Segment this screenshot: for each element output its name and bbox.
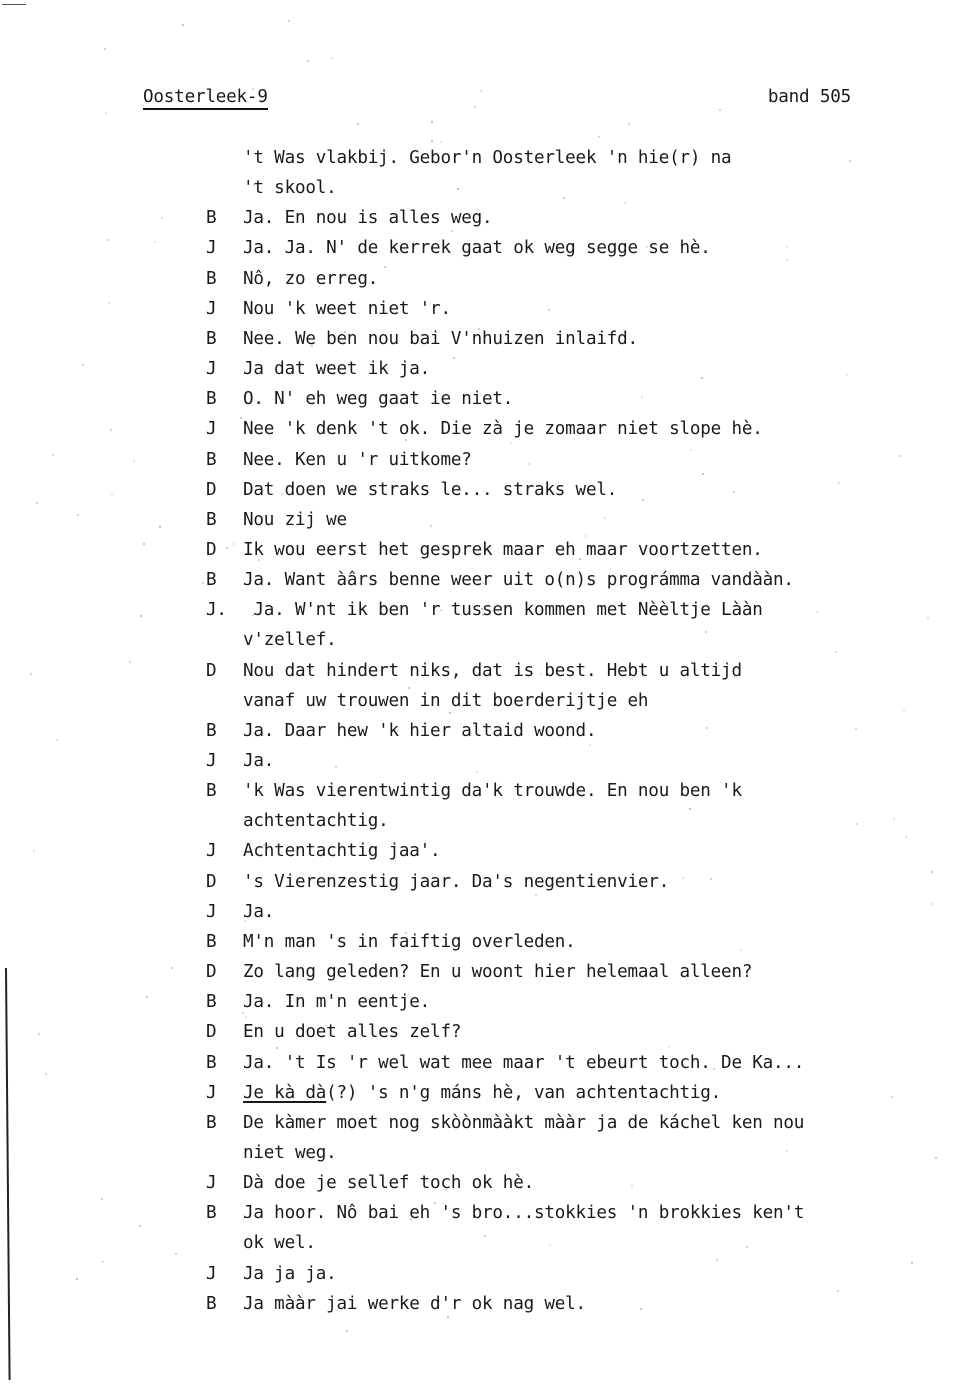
speck xyxy=(585,535,587,537)
utterance-text: 't skool. xyxy=(243,173,337,203)
speck xyxy=(440,609,442,611)
speck xyxy=(650,968,652,970)
speck xyxy=(102,1261,104,1263)
page-header: Oosterleek-9 band 505 xyxy=(143,86,851,110)
speaker-label: D xyxy=(206,957,236,987)
speck xyxy=(105,112,107,114)
utterance-text: Ja. En nou is alles weg. xyxy=(243,203,492,233)
speaker-label: J xyxy=(206,1168,236,1198)
speck xyxy=(430,525,432,527)
speck xyxy=(849,160,851,162)
speck xyxy=(52,454,54,456)
speck xyxy=(110,429,112,431)
speck xyxy=(749,968,751,970)
speck xyxy=(405,439,407,441)
utterance-text: Nou zij we xyxy=(243,505,347,535)
speck xyxy=(453,357,455,359)
speck xyxy=(146,996,148,998)
speck xyxy=(540,673,542,675)
speck xyxy=(579,558,581,560)
utterance-text: Ja. Daar hew 'k hier altaid woond. xyxy=(243,716,596,746)
speck xyxy=(693,158,695,160)
speaker-label: B xyxy=(206,203,236,233)
speck xyxy=(139,1225,141,1227)
speaker-label: B xyxy=(206,776,236,806)
utterance-text: Ja. 't Is 'r wel wat mee maar 't ebeurt … xyxy=(243,1048,804,1078)
utterance-text: Nee. We ben nou bai V'nhuizen inlaifd. xyxy=(243,324,638,354)
speck xyxy=(903,709,905,711)
speck xyxy=(410,1218,412,1220)
speck xyxy=(107,239,109,241)
speck xyxy=(38,1033,40,1035)
utterance-text: M'n man 's in faiftig overleden. xyxy=(243,927,576,957)
speck xyxy=(56,739,58,741)
speck xyxy=(307,60,309,62)
speaker-label: J xyxy=(206,1078,236,1108)
speck xyxy=(668,1046,670,1048)
speaker-label: B xyxy=(206,324,236,354)
speck xyxy=(431,121,433,123)
speck xyxy=(312,845,314,847)
utterance-text: vanaf uw trouwen in dit boerderijtje eh xyxy=(243,686,648,716)
utterance-text: 'k Was vierentwintig da'k trouwde. En no… xyxy=(243,776,742,806)
speck xyxy=(258,559,260,561)
speck xyxy=(404,401,406,403)
speck xyxy=(252,88,254,90)
speck xyxy=(143,543,145,545)
speck xyxy=(242,1012,244,1014)
speck xyxy=(640,1308,642,1310)
utterance-text: 's Vierenzestig jaar. Da's negentienvier… xyxy=(243,867,669,897)
speck xyxy=(710,878,712,880)
speck xyxy=(642,499,644,501)
utterance-text: Ja. Want àârs benne weer uit o(n)s progr… xyxy=(243,565,794,595)
utterance-text: En u doet alles zelf? xyxy=(243,1017,461,1047)
speaker-label: J xyxy=(206,233,236,263)
speck xyxy=(111,493,113,495)
utterance-text: Achtentachtig jaa'. xyxy=(243,836,440,866)
speck xyxy=(931,903,933,905)
utterance-text: Nô, zo erreg. xyxy=(243,264,378,294)
speck xyxy=(786,246,788,248)
speck xyxy=(480,90,482,92)
utterance-text: Dat doen we straks le... straks wel. xyxy=(243,475,617,505)
speaker-label: J xyxy=(206,897,236,927)
speck xyxy=(478,328,480,330)
speck xyxy=(484,1235,486,1237)
speck xyxy=(182,24,184,26)
speck xyxy=(140,615,142,617)
speaker-label: J xyxy=(206,294,236,324)
speck xyxy=(682,877,684,879)
speck xyxy=(515,728,517,730)
utterance-text: Zo lang geleden? En u woont hier helemaa… xyxy=(243,957,752,987)
utterance-rest: (?) 's n'g máns hè, van achtentachtig. xyxy=(326,1083,721,1103)
speck xyxy=(641,396,643,398)
speck xyxy=(434,1202,436,1204)
speaker-label: D xyxy=(206,1017,236,1047)
utterance-text: achtentachtig. xyxy=(243,806,389,836)
speck xyxy=(855,728,857,730)
speck xyxy=(33,850,35,852)
speck xyxy=(589,744,591,746)
speck xyxy=(786,1150,788,1152)
speck xyxy=(624,202,626,204)
speck xyxy=(740,949,742,951)
speck xyxy=(447,1316,449,1318)
speck xyxy=(36,502,38,504)
speck xyxy=(931,871,933,873)
speaker-label: B xyxy=(206,445,236,475)
speaker-label: B xyxy=(206,927,236,957)
speaker-label: D xyxy=(206,867,236,897)
speck xyxy=(548,309,550,311)
utterance-text: niet weg. xyxy=(243,1138,337,1168)
speck xyxy=(646,246,648,248)
speck xyxy=(431,140,433,142)
speck xyxy=(891,1096,893,1098)
speck xyxy=(108,302,110,304)
speck xyxy=(899,455,901,457)
utterance-text: De kàmer moet nog skòònmààkt mààr ja de … xyxy=(243,1108,804,1138)
speck xyxy=(701,377,703,379)
speaker-label: B xyxy=(206,565,236,595)
speaker-label: B xyxy=(206,1198,236,1228)
speck xyxy=(384,266,386,268)
speck xyxy=(244,920,246,922)
speck xyxy=(474,106,476,108)
speaker-label: D xyxy=(206,656,236,686)
utterance-text: Ja. Ja. N' de kerrek gaat ok weg segge s… xyxy=(243,233,711,263)
speck xyxy=(445,1189,447,1191)
speck xyxy=(689,808,691,810)
speck xyxy=(482,582,484,584)
utterance-text: Ja. xyxy=(243,897,274,927)
speaker-label: J xyxy=(206,836,236,866)
utterance-text: Ja hoor. Nô bai eh 's bro...stokkies 'n … xyxy=(243,1198,804,1228)
speck xyxy=(171,967,173,969)
speck xyxy=(233,543,235,545)
speaker-label: D xyxy=(206,535,236,565)
speck xyxy=(76,1278,78,1280)
utterance-text: Nee. Ken u 'r uitkome? xyxy=(243,445,472,475)
utterance-text: Ja mààr jai werke d'r ok nag wel. xyxy=(243,1289,586,1319)
speck xyxy=(719,109,721,111)
speck xyxy=(535,894,537,896)
utterance-text: Nou dat hindert niks, dat is best. Hebt … xyxy=(243,656,742,686)
utterance-text: Ja dat weet ik ja. xyxy=(243,354,430,384)
utterance-text: Je kà dà(?) 's n'g máns hè, van achtenta… xyxy=(243,1078,721,1108)
speck xyxy=(104,48,106,50)
speck xyxy=(45,1073,47,1075)
speck xyxy=(482,614,484,616)
speck xyxy=(161,217,163,219)
speck xyxy=(101,1198,103,1200)
speck xyxy=(631,1185,633,1187)
speck xyxy=(335,766,337,768)
speck xyxy=(202,582,204,584)
utterance-text: Ja. In m'n eentje. xyxy=(243,987,430,1017)
utterance-text: v'zellef. xyxy=(243,625,337,655)
speaker-label: J xyxy=(206,1259,236,1289)
speck xyxy=(344,331,346,333)
speck xyxy=(528,463,530,465)
typewritten-page: Oosterleek-9 band 505 't Was vlakbij. Ge… xyxy=(0,0,973,1387)
speck xyxy=(835,651,837,653)
utterance-text: Ja. xyxy=(243,746,274,776)
speck xyxy=(838,482,840,484)
utterance-text: Ja ja ja. xyxy=(243,1259,337,1289)
speck xyxy=(357,123,359,125)
speck xyxy=(133,460,135,462)
speck xyxy=(837,1290,839,1292)
utterance-text: 't Was vlakbij. Gebor'n Oosterleek 'n hi… xyxy=(243,143,731,173)
band-number: band 505 xyxy=(768,86,851,108)
underlined-phrase: Je kà dà xyxy=(243,1083,326,1103)
speck xyxy=(705,631,707,633)
speck xyxy=(159,526,161,528)
speck xyxy=(510,442,512,444)
speaker-label: B xyxy=(206,1108,236,1138)
margin-line xyxy=(5,968,11,1380)
speaker-label: D xyxy=(206,475,236,505)
speck xyxy=(706,727,708,729)
speck xyxy=(628,123,630,125)
utterance-text: O. N' eh weg gaat ie niet. xyxy=(243,384,513,414)
speck xyxy=(563,197,565,199)
speck xyxy=(816,611,818,613)
speck xyxy=(82,364,84,366)
speck xyxy=(476,771,478,773)
speck xyxy=(481,608,483,610)
speck xyxy=(786,259,788,261)
utterance-text: ok wel. xyxy=(243,1228,316,1258)
speck xyxy=(935,1157,937,1159)
speck xyxy=(253,184,255,186)
speck xyxy=(746,1246,748,1248)
scan-mark xyxy=(2,4,26,5)
speck xyxy=(713,1068,715,1070)
speck xyxy=(346,1330,348,1332)
speaker-label: B xyxy=(206,384,236,414)
speck xyxy=(911,1262,913,1264)
speck xyxy=(252,614,254,616)
speck xyxy=(281,493,283,495)
speaker-label: B xyxy=(206,1048,236,1078)
speck xyxy=(716,1259,718,1261)
speaker-label: B xyxy=(206,264,236,294)
speck xyxy=(129,661,131,663)
speck xyxy=(631,678,633,680)
speck xyxy=(449,712,451,714)
speaker-label: J xyxy=(206,354,236,384)
speck xyxy=(154,241,156,243)
speck xyxy=(604,517,606,519)
speck xyxy=(856,823,858,825)
speck xyxy=(276,1047,278,1049)
speck xyxy=(846,374,848,376)
speck xyxy=(451,230,453,232)
utterance-text: Ik wou eerst het gesprek maar eh maar vo… xyxy=(243,535,763,565)
speck xyxy=(288,20,290,22)
speaker-label: B xyxy=(206,716,236,746)
utterance-text: Nee 'k denk 't ok. Die zà je zomaar niet… xyxy=(243,414,763,444)
speck xyxy=(226,547,228,549)
speck xyxy=(405,932,407,934)
speck xyxy=(927,617,929,619)
document-id: Oosterleek-9 xyxy=(143,86,268,110)
speaker-label: J. xyxy=(206,595,236,625)
speck xyxy=(245,1016,247,1018)
speck xyxy=(30,673,32,675)
speaker-label: J xyxy=(206,414,236,444)
speck xyxy=(905,836,907,838)
utterance-text: Nou 'k weet niet 'r. xyxy=(243,294,451,324)
speck xyxy=(893,818,895,820)
speaker-label: B xyxy=(206,505,236,535)
speck xyxy=(449,1180,451,1182)
speck xyxy=(175,1253,177,1255)
speck xyxy=(598,136,600,138)
speck xyxy=(457,188,459,190)
speck xyxy=(440,141,442,143)
speck xyxy=(331,57,333,59)
speck xyxy=(702,473,704,475)
speck xyxy=(77,514,79,516)
speck xyxy=(733,491,735,493)
speck xyxy=(690,449,692,451)
speck xyxy=(311,345,313,347)
speck xyxy=(408,687,410,689)
speaker-label: J xyxy=(206,746,236,776)
utterance-text: Dà doe je sellef toch ok hè. xyxy=(243,1168,534,1198)
speaker-label: B xyxy=(206,1289,236,1319)
utterance-text: Ja. W'nt ik ben 'r tussen kommen met Nèè… xyxy=(243,595,763,625)
speaker-label: B xyxy=(206,987,236,1017)
speck xyxy=(240,417,242,419)
speck xyxy=(263,844,265,846)
speck xyxy=(549,1244,551,1246)
